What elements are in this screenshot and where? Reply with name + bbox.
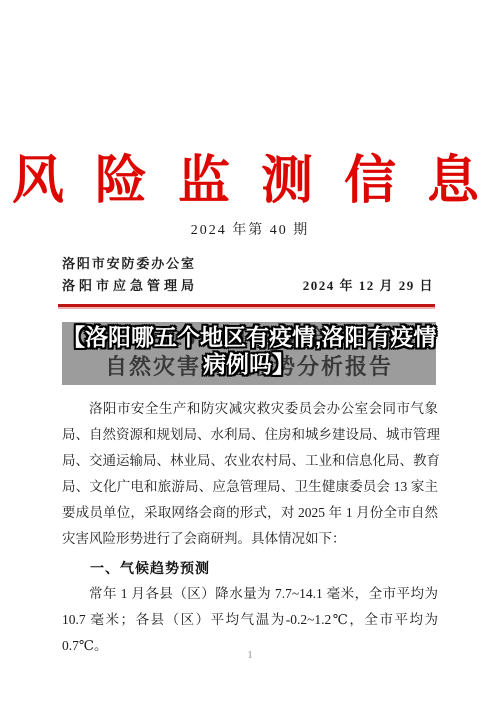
paragraph2-line: 10.7 毫米；各县（区）平均气温为-0.2~1.2℃，全市平均为 [62,607,438,633]
overlay-panel: 2025 年 1 月份全市 自然灾害风险形势分析报告 【洛阳哪五个地区有疫情,洛… [62,322,436,385]
paragraph1-line: 局、自然资源和规划局、水利局、住房和城乡建设局、城市管理 [62,422,438,448]
overlay-text-line1: 【洛阳哪五个地区有疫情,洛阳有疫情 [62,324,436,351]
document-page: 风 险 监 测 信 息 2024 年第 40 期 洛阳市安防委办公室 洛阳市应急… [0,0,500,707]
issuer-org-line2: 洛阳市应急管理局 [62,275,194,297]
overlay-text-line2: 病例吗】 [62,351,436,378]
red-divider-rule [58,304,435,307]
paragraph1-line: 洛阳市安全生产和防灾减灾救灾委员会办公室会同市气象 [62,396,438,422]
masthead-title: 风 险 监 测 信 息 [0,138,500,213]
issue-date: 2024 年 12 月 29 日 [303,275,434,294]
paragraph1-line: 灾害风险形势进行了会商研判。具体情况如下： [62,526,438,552]
issuer-org-line1: 洛阳市安防委办公室 [62,253,194,275]
issue-number: 2024 年第 40 期 [0,219,500,239]
section1-heading: 一、气候趋势预测 [62,555,438,581]
issuer-block: 洛阳市安防委办公室 洛阳市应急管理局 [62,253,194,297]
page-number: 1 [0,650,500,661]
body-text: 洛阳市安全生产和防灾减灾救灾委员会办公室会同市气象 局、自然资源和规划局、水利局… [62,396,438,659]
paragraph1-line: 要成员单位，采取网络会商的形式，对 2025 年 1 月份全市自然 [62,500,438,526]
paragraph2-line: 常年 1 月各县（区）降水量为 7.7~14.1 毫米，全市平均为 [62,581,438,607]
paragraph1-line: 局、文化广电和旅游局、应急管理局、卫生健康委员会 13 家主 [62,474,438,500]
paragraph1-line: 局、交通运输局、林业局、农业农村局、工业和信息化局、教育 [62,448,438,474]
overlay-watermark-text: 【洛阳哪五个地区有疫情,洛阳有疫情 病例吗】 [62,324,436,378]
